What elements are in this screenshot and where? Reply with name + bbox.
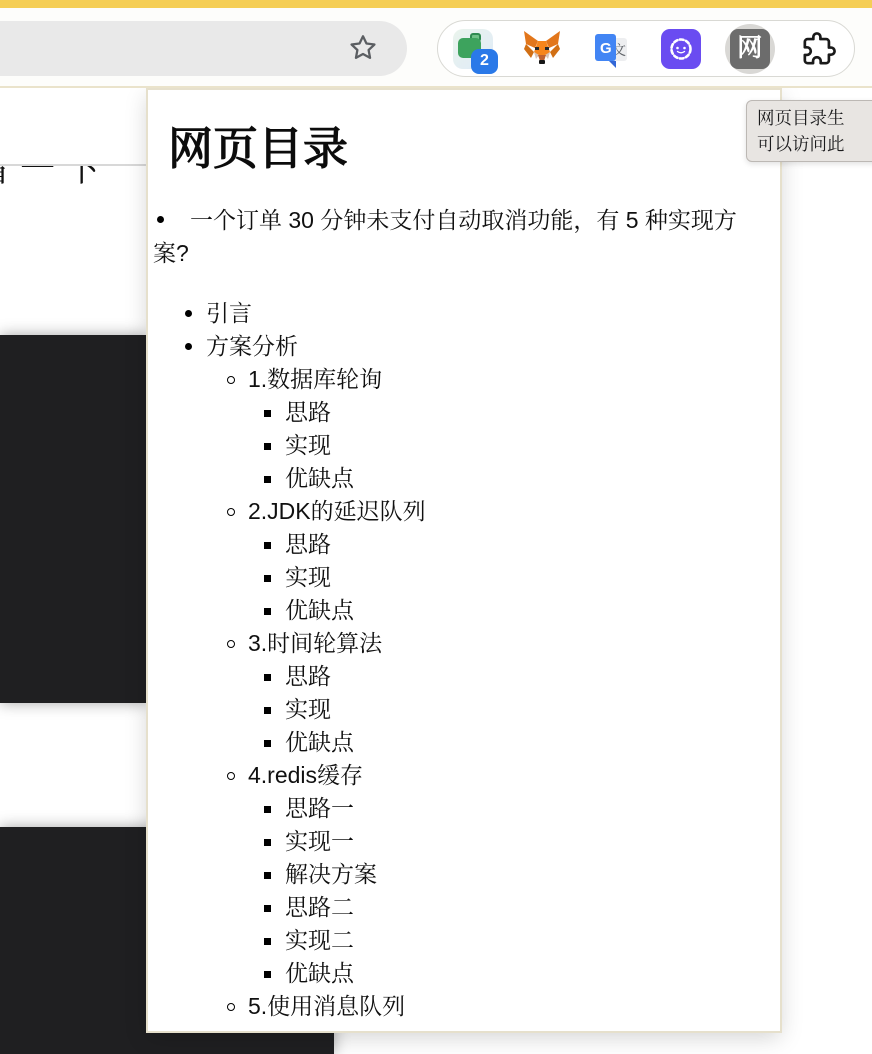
bullet-icon — [264, 707, 271, 714]
toc-popup-panel: 网页目录 一个订单 30 分钟未支付自动取消功能，有 5 种实现方案? 引言方案… — [148, 90, 780, 1031]
toc-item[interactable]: 思路二 — [148, 891, 780, 924]
toc-item-label: 3.时间轮算法 — [248, 630, 382, 656]
toc-item[interactable]: 思路 — [148, 660, 780, 693]
bullet-icon — [227, 772, 235, 780]
toc-item[interactable]: 实现一 — [148, 825, 780, 858]
toc-item-label: 思路 — [285, 531, 331, 557]
toc-item[interactable]: 实现 — [148, 429, 780, 462]
bullet-icon — [264, 740, 271, 747]
tooltip-line: 网页目录生 — [757, 105, 872, 131]
bullet-icon — [227, 508, 235, 516]
toc-item-label: 优缺点 — [285, 597, 354, 623]
bullet-icon — [264, 608, 271, 615]
toc-item-label: 解决方案 — [285, 861, 377, 887]
bullet-icon — [185, 310, 192, 317]
dark-code-block — [0, 335, 148, 703]
toc-question-item[interactable]: 一个订单 30 分钟未支付自动取消功能，有 5 种实现方案? — [153, 204, 746, 270]
toc-item[interactable]: 5.使用消息队列 — [148, 990, 780, 1023]
toc-item-label: 5.使用消息队列 — [248, 993, 405, 1019]
question-label: 一个订单 30 分钟未支付自动取消功能，有 5 种实现方案? — [153, 207, 737, 266]
extensions-pill: 2 文 — [437, 20, 855, 77]
extension-metamask-button[interactable] — [520, 27, 564, 71]
puzzle-icon — [802, 32, 836, 66]
toc-item-label: 思路 — [285, 399, 331, 425]
toc-item[interactable]: 优缺点 — [148, 462, 780, 495]
toc-item[interactable]: 4.redis缓存 — [148, 759, 780, 792]
toc-item[interactable]: 优缺点 — [148, 726, 780, 759]
toc-item[interactable]: 实现 — [148, 561, 780, 594]
extensions-menu-button[interactable] — [797, 27, 841, 71]
toc-item-label: 思路 — [285, 663, 331, 689]
bullet-icon — [264, 542, 271, 549]
toc-item[interactable]: 思路一 — [148, 792, 780, 825]
toc-item[interactable]: 思路 — [148, 528, 780, 561]
browser-theme-strip — [0, 0, 872, 8]
toc-item[interactable]: 1.数据库轮询 — [148, 363, 780, 396]
toc-item-label: 2.JDK的延迟队列 — [248, 498, 426, 524]
google-translate-icon: 文 G — [591, 29, 631, 69]
toc-item-label: 优缺点 — [285, 465, 354, 491]
extension-clipboard-button[interactable]: 2 — [451, 27, 495, 71]
toc-item[interactable]: 优缺点 — [148, 594, 780, 627]
toc-item-label: 优缺点 — [285, 729, 354, 755]
toc-item[interactable]: 解决方案 — [148, 858, 780, 891]
toc-item[interactable]: 思路 — [148, 396, 780, 429]
webpage-toc-icon: 网 — [730, 29, 770, 69]
toc-item-label: 优缺点 — [285, 960, 354, 986]
bullet-icon — [264, 839, 271, 846]
extension-immersive-translate-button[interactable] — [659, 27, 703, 71]
extension-tooltip: 网页目录生 可以访问此 — [746, 100, 872, 162]
toc-item[interactable]: 方案分析 — [148, 330, 780, 363]
extension-google-translate-button[interactable]: 文 G — [589, 27, 633, 71]
address-bar[interactable] — [0, 21, 407, 76]
bullet-icon — [264, 872, 271, 879]
toc-item[interactable]: 3.时间轮算法 — [148, 627, 780, 660]
bullet-icon — [264, 575, 271, 582]
bullet-icon — [264, 971, 271, 978]
background-header-card — [0, 86, 148, 166]
tooltip-line: 可以访问此 — [757, 131, 872, 157]
toc-item[interactable]: 实现 — [148, 693, 780, 726]
svg-text:G: G — [600, 40, 612, 57]
toc-item[interactable]: 引言 — [148, 297, 780, 330]
toc-item-label: 实现一 — [285, 828, 354, 854]
toc-item-label: 引言 — [206, 300, 252, 326]
toc-item-label: 1.数据库轮询 — [248, 366, 382, 392]
badge-count: 2 — [471, 49, 498, 74]
popup-title: 网页目录 — [168, 124, 780, 174]
bullet-icon — [157, 216, 164, 223]
toc-item[interactable]: 优缺点 — [148, 957, 780, 990]
bullet-icon — [227, 1003, 235, 1011]
toc-item-label: 思路二 — [285, 894, 354, 920]
bullet-icon — [185, 343, 192, 350]
bullet-icon — [264, 443, 271, 450]
bullet-icon — [264, 674, 271, 681]
toc-item-label: 实现 — [285, 564, 331, 590]
bullet-icon — [264, 806, 271, 813]
bullet-icon — [264, 410, 271, 417]
metamask-fox-icon — [522, 31, 562, 67]
bookmark-star-icon[interactable] — [347, 32, 379, 64]
toc-item[interactable]: 实现二 — [148, 924, 780, 957]
toc-item-label: 思路一 — [285, 795, 354, 821]
bullet-icon — [264, 905, 271, 912]
bullet-icon — [264, 476, 271, 483]
extension-webpage-toc-button[interactable]: 网 — [728, 27, 772, 71]
toc-item-label: 实现二 — [285, 927, 354, 953]
bullet-icon — [264, 938, 271, 945]
toc-item-label: 4.redis缓存 — [248, 762, 363, 788]
toc-item[interactable]: 2.JDK的延迟队列 — [148, 495, 780, 528]
toc-item-label: 实现 — [285, 432, 331, 458]
bullet-icon — [227, 376, 235, 384]
toc-list: 引言方案分析1.数据库轮询思路实现优缺点2.JDK的延迟队列思路实现优缺点3.时… — [148, 297, 780, 1023]
toc-item-label: 方案分析 — [206, 333, 298, 359]
toc-item-label: 实现 — [285, 696, 331, 722]
bullet-icon — [227, 640, 235, 648]
browser-toolbar: 2 文 — [0, 8, 872, 88]
immersive-translate-icon — [661, 29, 701, 69]
clipboard-icon: 2 — [453, 29, 493, 69]
